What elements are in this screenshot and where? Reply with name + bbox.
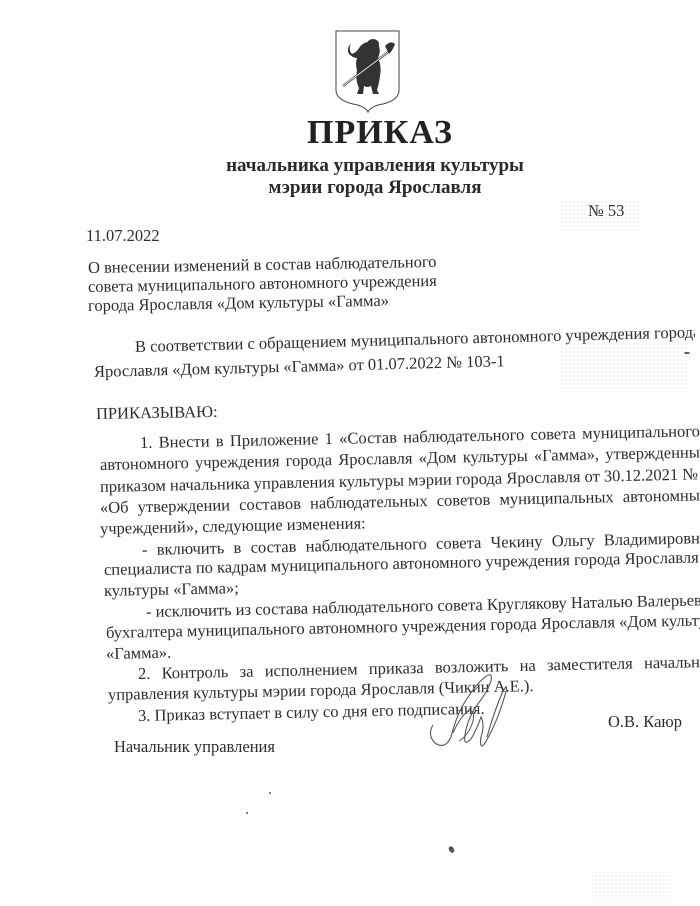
document-title: ПРИКАЗ [0,114,700,152]
scan-speck [684,352,690,354]
body-line: культуры «Гамма»; [104,578,239,601]
document-number: № 53 [588,201,624,221]
body-line: «Гамма». [106,643,172,664]
scan-speck [246,812,248,814]
signatory-name: О.В. Каюр [608,712,682,732]
document-subtitle-line1: начальника управления культуры [0,155,700,177]
scan-speck [448,845,456,854]
coat-of-arms-icon [333,28,403,114]
order-word: ПРИКАЗЫВАЮ: [96,402,218,424]
document-date: 11.07.2022 [86,226,160,246]
signatory-position: Начальник управления [114,737,275,757]
document-subtitle-line2: мэрии города Ярославля [0,177,700,199]
scan-speck [269,792,271,794]
scan-noise [590,870,670,900]
handwritten-signature-icon [425,665,525,765]
subject-line: города Ярославля «Дом культуры «Гамма» [88,291,389,316]
scanned-document-page: ПРИКАЗ начальника управления культуры мэ… [0,0,700,906]
